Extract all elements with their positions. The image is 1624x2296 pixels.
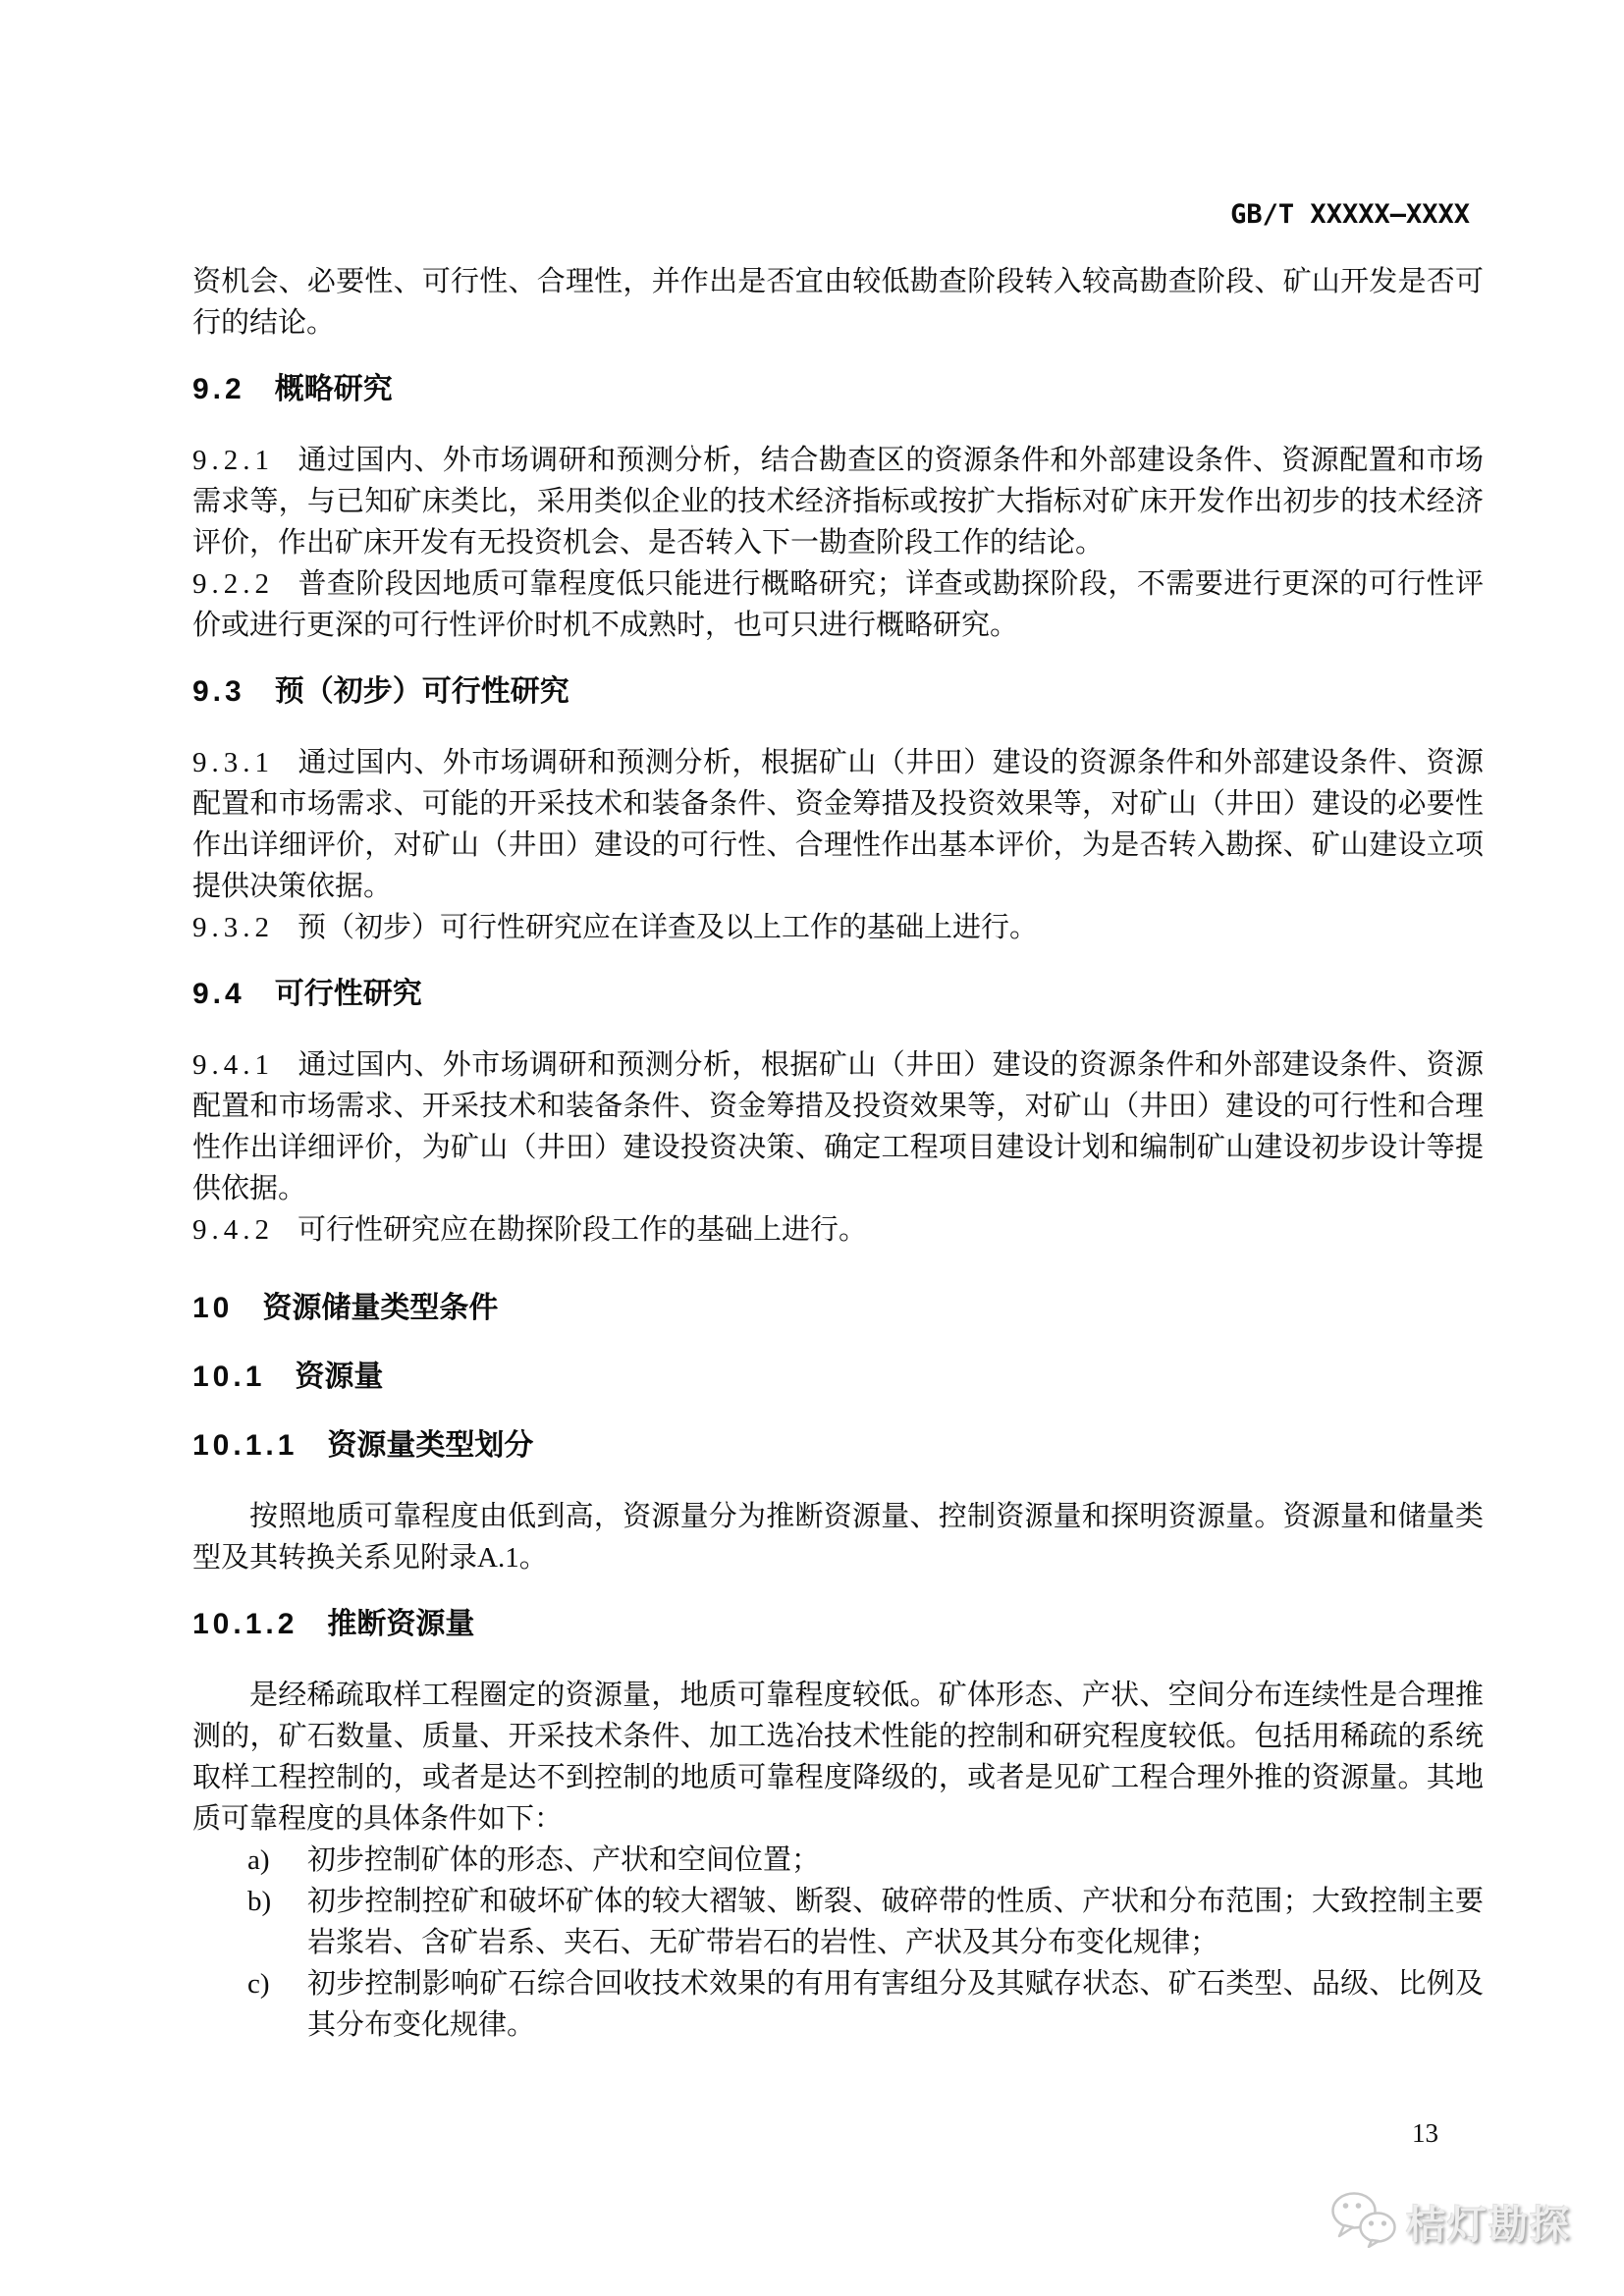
section-number: 9.2 bbox=[192, 373, 245, 405]
section-title: 概略研究 bbox=[275, 373, 393, 405]
list-item: b)初步控制控矿和破坏矿体的较大褶皱、断裂、破碎带的性质、产状和分布范围；大致控… bbox=[192, 1881, 1484, 1963]
section-heading-9-4: 9.4可行性研究 bbox=[192, 974, 1484, 1015]
intro-continuation-paragraph: 资机会、必要性、可行性、合理性，并作出是否宜由较低勘查阶段转入较高勘查阶段、矿山… bbox=[192, 261, 1484, 344]
clause-9-3-2: 9.3.2预（初步）可行性研究应在详查及以上工作的基础上进行。 bbox=[192, 907, 1484, 948]
watermark-label: 桔灯勘探 bbox=[1406, 2194, 1571, 2250]
paragraph-resource-types: 按照地质可靠程度由低到高，资源量分为推断资源量、控制资源量和探明资源量。资源量和… bbox=[192, 1496, 1484, 1578]
section-title: 资源量类型划分 bbox=[327, 1429, 533, 1462]
clause-text: 通过国内、外市场调研和预测分析，结合勘查区的资源条件和外部建设条件、资源配置和市… bbox=[192, 445, 1484, 559]
chapter-title: 资源储量类型条件 bbox=[262, 1292, 498, 1324]
list-item: a)初步控制矿体的形态、产状和空间位置； bbox=[192, 1840, 1484, 1881]
list-item-text: 初步控制控矿和破坏矿体的较大褶皱、断裂、破碎带的性质、产状和分布范围；大致控制主… bbox=[307, 1886, 1484, 1958]
list-item-text: 初步控制矿体的形态、产状和空间位置； bbox=[307, 1844, 820, 1876]
standard-number-header: GB/T XXXXX—XXXX bbox=[192, 194, 1470, 236]
section-title: 推断资源量 bbox=[327, 1608, 474, 1640]
list-marker: c) bbox=[247, 1963, 270, 2004]
section-number: 10.1 bbox=[192, 1361, 265, 1393]
clause-number: 9.2.1 bbox=[192, 445, 274, 476]
page-number: 13 bbox=[1412, 2112, 1438, 2154]
section-title: 资源量 bbox=[295, 1361, 383, 1393]
list-item: c)初步控制影响矿石综合回收技术效果的有用有害组分及其赋存状态、矿石类型、品级、… bbox=[192, 1963, 1484, 2046]
section-title: 预（初步）可行性研究 bbox=[275, 675, 569, 708]
section-number: 10.1.2 bbox=[192, 1608, 298, 1640]
section-heading-10-1-2: 10.1.2推断资源量 bbox=[192, 1604, 1484, 1645]
chapter-heading-10: 10资源储量类型条件 bbox=[192, 1288, 1484, 1329]
clause-number: 9.3.1 bbox=[192, 747, 274, 778]
clause-text: 普查阶段因地质可靠程度低只能进行概略研究；详查或勘探阶段，不需要进行更深的可行性… bbox=[192, 568, 1484, 641]
clause-9-3-1: 9.3.1通过国内、外市场调研和预测分析，根据矿山（井田）建设的资源条件和外部建… bbox=[192, 742, 1484, 907]
list-item-text: 初步控制影响矿石综合回收技术效果的有用有害组分及其赋存状态、矿石类型、品级、比例… bbox=[307, 1968, 1484, 2041]
clause-number: 9.4.2 bbox=[192, 1214, 274, 1246]
section-title: 可行性研究 bbox=[275, 978, 422, 1010]
list-marker: a) bbox=[247, 1840, 270, 1881]
condition-list: a)初步控制矿体的形态、产状和空间位置； b)初步控制控矿和破坏矿体的较大褶皱、… bbox=[192, 1840, 1484, 2046]
document-page: GB/T XXXXX—XXXX 资机会、必要性、可行性、合理性，并作出是否宜由较… bbox=[0, 0, 1624, 2296]
section-heading-10-1: 10.1资源量 bbox=[192, 1357, 1484, 1398]
watermark: 桔灯勘探 bbox=[1329, 2191, 1571, 2253]
clause-number: 9.2.2 bbox=[192, 568, 274, 600]
wechat-icon bbox=[1329, 2191, 1402, 2253]
section-heading-9-2: 9.2概略研究 bbox=[192, 369, 1484, 410]
document-body: GB/T XXXXX—XXXX 资机会、必要性、可行性、合理性，并作出是否宜由较… bbox=[0, 0, 1624, 2046]
clause-text: 预（初步）可行性研究应在详查及以上工作的基础上进行。 bbox=[298, 912, 1038, 943]
paragraph-inferred-resource: 是经稀疏取样工程圈定的资源量，地质可靠程度较低。矿体形态、产状、空间分布连续性是… bbox=[192, 1675, 1484, 1840]
clause-number: 9.3.2 bbox=[192, 912, 274, 943]
chapter-number: 10 bbox=[192, 1292, 233, 1324]
clause-9-2-2: 9.2.2普查阶段因地质可靠程度低只能进行概略研究；详查或勘探阶段，不需要进行更… bbox=[192, 563, 1484, 646]
clause-text: 可行性研究应在勘探阶段工作的基础上进行。 bbox=[298, 1214, 867, 1246]
section-number: 9.4 bbox=[192, 978, 245, 1010]
section-number: 9.3 bbox=[192, 675, 245, 708]
clause-9-4-1: 9.4.1通过国内、外市场调研和预测分析，根据矿山（井田）建设的资源条件和外部建… bbox=[192, 1044, 1484, 1209]
clause-text: 通过国内、外市场调研和预测分析，根据矿山（井田）建设的资源条件和外部建设条件、资… bbox=[192, 747, 1484, 902]
section-heading-9-3: 9.3预（初步）可行性研究 bbox=[192, 671, 1484, 713]
clause-9-4-2: 9.4.2可行性研究应在勘探阶段工作的基础上进行。 bbox=[192, 1209, 1484, 1251]
clause-9-2-1: 9.2.1通过国内、外市场调研和预测分析，结合勘查区的资源条件和外部建设条件、资… bbox=[192, 440, 1484, 563]
section-number: 10.1.1 bbox=[192, 1429, 298, 1462]
section-heading-10-1-1: 10.1.1资源量类型划分 bbox=[192, 1425, 1484, 1467]
clause-text: 通过国内、外市场调研和预测分析，根据矿山（井田）建设的资源条件和外部建设条件、资… bbox=[192, 1049, 1484, 1204]
clause-number: 9.4.1 bbox=[192, 1049, 274, 1081]
list-marker: b) bbox=[247, 1881, 271, 1922]
